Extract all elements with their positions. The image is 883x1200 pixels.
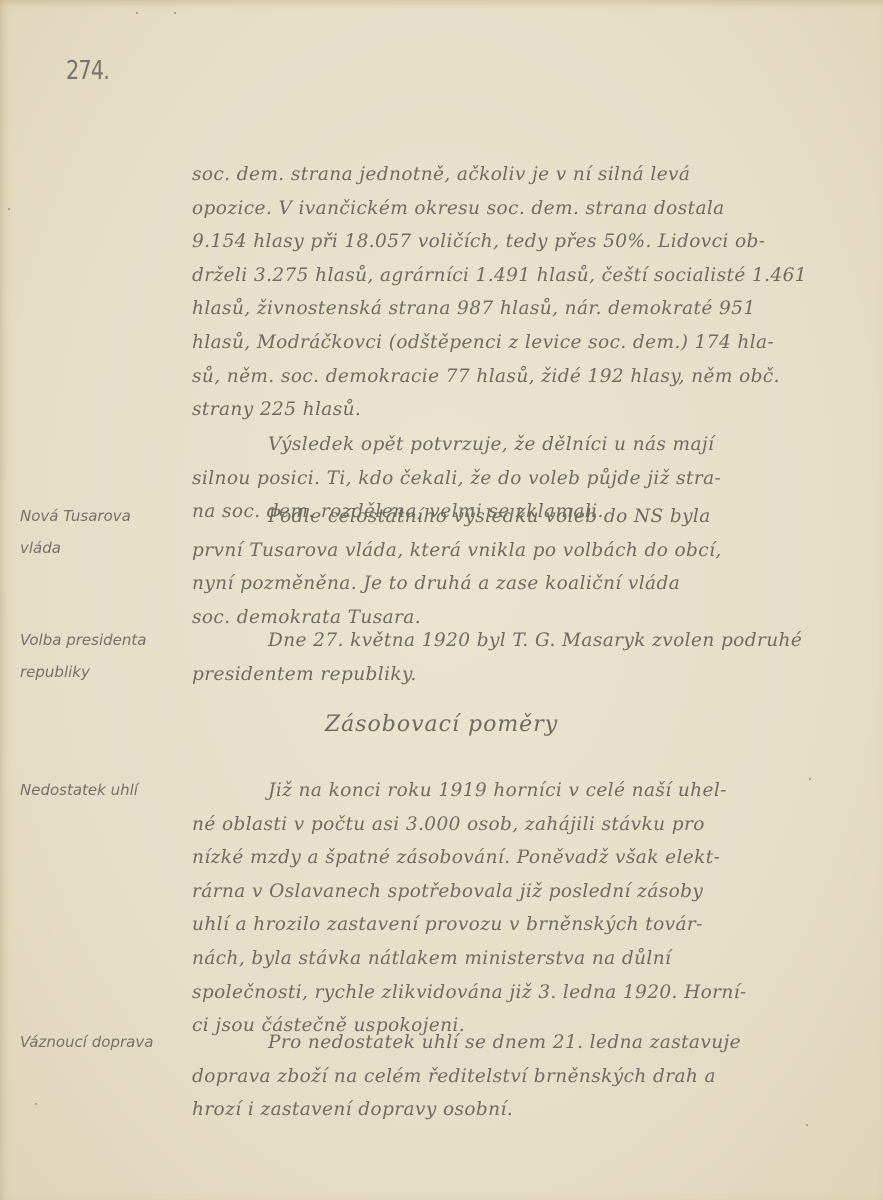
text-line: Dne 27. května 1920 byl T. G. Masaryk zv…: [192, 624, 832, 658]
text-line: nyní pozměněna. Je to druhá a zase koali…: [192, 567, 832, 601]
text-line: nízké mzdy a špatné zásobování. Poněvadž…: [192, 841, 832, 875]
text-line: sů, něm. soc. demokracie 77 hlasů, židé …: [192, 360, 832, 394]
margin-note-nedostatek-uhli: Nedostatek uhlí: [20, 774, 138, 806]
text-line: hlasů, živnostenská strana 987 hlasů, ná…: [192, 292, 832, 326]
text-line: hlasů, Modráčkovci (odštěpenci z levice …: [192, 326, 832, 360]
text-line: Podle celostátního výsledku voleb do NS …: [192, 500, 832, 534]
text-line: Již na konci roku 1919 horníci v celé na…: [192, 774, 832, 808]
paragraph-transport-halt: Pro nedostatek uhlí se dnem 21. ledna za…: [192, 1026, 832, 1127]
text-line: uhlí a hrozilo zastavení provozu v brněn…: [192, 908, 832, 942]
page-number: 274.: [66, 56, 109, 86]
text-line: strany 225 hlasů.: [192, 393, 832, 427]
paper-speck: [136, 12, 138, 14]
margin-note-volba-presidenta: Volba presidenta republiky: [20, 624, 146, 688]
text-line: drželi 3.275 hlasů, agrárníci 1.491 hlas…: [192, 259, 832, 293]
text-line: společnosti, rychle zlikvidována již 3. …: [192, 976, 832, 1010]
paper-speck: [8, 208, 10, 210]
paragraph-tusar-government: Podle celostátního výsledku voleb do NS …: [192, 500, 832, 634]
text-line: rárna v Oslavanech spotřebovala již posl…: [192, 875, 832, 909]
section-heading-zasobovaci-pomery: Zásobovací poměry: [0, 712, 883, 737]
text-line: nách, byla stávka nátlakem ministerstva …: [192, 942, 832, 976]
text-line: první Tusarova vláda, která vnikla po vo…: [192, 534, 832, 568]
text-line: opozice. V ivančickém okresu soc. dem. s…: [192, 192, 832, 226]
text-line: presidentem republiky.: [192, 658, 832, 692]
margin-note-vaznouci-doprava: Váznoucí doprava: [20, 1026, 153, 1058]
text-line: Pro nedostatek uhlí se dnem 21. ledna za…: [192, 1026, 832, 1060]
text-line: doprava zboží na celém ředitelství brněn…: [192, 1060, 832, 1094]
paragraph-election-results: soc. dem. strana jednotně, ačkoliv je v …: [192, 158, 832, 427]
paper-speck: [174, 12, 176, 14]
paper-speck: [806, 1124, 808, 1126]
paragraph-miners-strike: Již na konci roku 1919 horníci v celé na…: [192, 774, 832, 1043]
text-line: né oblasti v počtu asi 3.000 osob, zaháj…: [192, 808, 832, 842]
paragraph-presidential-election: Dne 27. května 1920 byl T. G. Masaryk zv…: [192, 624, 832, 691]
text-line: silnou posici. Ti, kdo čekali, že do vol…: [192, 462, 832, 496]
text-line: 9.154 hlasy při 18.057 voličích, tedy př…: [192, 225, 832, 259]
paper-speck: [35, 1103, 37, 1105]
text-line: hrozí i zastavení dopravy osobní.: [192, 1093, 832, 1127]
paper-speck: [809, 778, 811, 780]
margin-note-nova-tusarova-vlada: Nová Tusarova vláda: [20, 500, 131, 564]
chronicle-page: 274. soc. dem. strana jednotně, ačkoliv …: [0, 0, 883, 1200]
text-line: Výsledek opět potvrzuje, že dělníci u ná…: [192, 428, 832, 462]
text-line: soc. dem. strana jednotně, ačkoliv je v …: [192, 158, 832, 192]
